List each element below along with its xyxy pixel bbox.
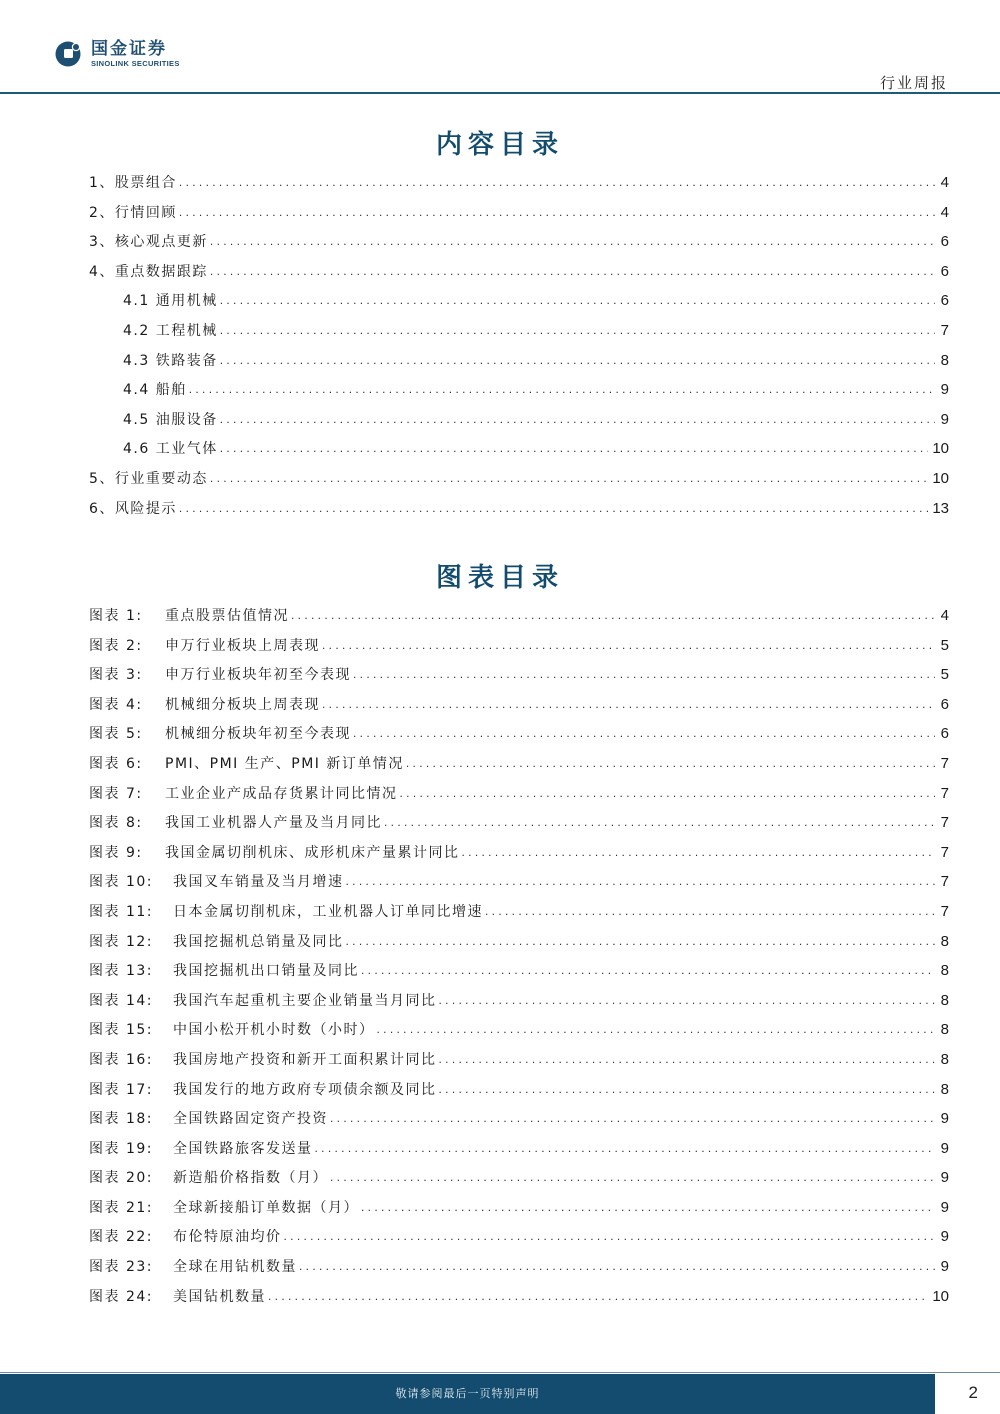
figure-number: 图表 5: bbox=[89, 723, 165, 743]
dot-leader bbox=[220, 441, 929, 455]
toc-page-number: 6 bbox=[939, 233, 949, 250]
figure-toc-entry[interactable]: 图表 12:我国挖掘机总销量及同比8 bbox=[89, 931, 949, 961]
toc-entry-label: 4.4 船舶 bbox=[123, 379, 187, 399]
dot-leader bbox=[220, 323, 935, 337]
dot-leader bbox=[220, 353, 935, 367]
footer-divider bbox=[0, 1372, 1000, 1373]
dot-leader bbox=[315, 1141, 936, 1155]
figure-toc-entry[interactable]: 图表 18:全国铁路固定资产投资9 bbox=[89, 1108, 949, 1138]
dot-leader bbox=[284, 1229, 936, 1243]
toc-entry-label: 3、核心观点更新 bbox=[89, 231, 208, 251]
figure-caption: 全国铁路固定资产投资 bbox=[173, 1111, 328, 1127]
figure-toc-entry[interactable]: 图表 10:我国叉车销量及当月增速7 bbox=[89, 871, 949, 901]
contents-toc-entry[interactable]: 6、风险提示13 bbox=[89, 498, 949, 528]
toc-entry-label: 6、风险提示 bbox=[89, 498, 177, 518]
figure-toc-entry[interactable]: 图表 16:我国房地产投资和新开工面积累计同比8 bbox=[89, 1049, 949, 1079]
figure-caption: 中国小松开机小时数（小时） bbox=[173, 1022, 375, 1038]
figure-toc-entry[interactable]: 图表 2:申万行业板块上周表现5 bbox=[89, 635, 949, 665]
figure-number: 图表 21: bbox=[89, 1197, 173, 1217]
toc-page-number: 4 bbox=[939, 204, 949, 221]
figure-toc-entry[interactable]: 图表 4:机械细分板块上周表现6 bbox=[89, 694, 949, 724]
sinolink-logo-icon bbox=[55, 40, 83, 68]
figures-list: 图表 1:重点股票估值情况4图表 2:申万行业板块上周表现5图表 3:申万行业板… bbox=[89, 605, 949, 1315]
figure-number: 图表 24: bbox=[89, 1286, 173, 1306]
toc-entry-label: 图表 4:机械细分板块上周表现 bbox=[89, 694, 320, 714]
toc-page-number: 7 bbox=[939, 755, 949, 772]
dot-leader bbox=[210, 471, 928, 485]
figure-toc-entry[interactable]: 图表 9:我国金属切削机床、成形机床产量累计同比7 bbox=[89, 842, 949, 872]
figure-caption: 新造船价格指数（月） bbox=[173, 1170, 328, 1186]
dot-leader bbox=[179, 205, 935, 219]
toc-entry-label: 4.1 通用机械 bbox=[123, 290, 218, 310]
footer-bar: 敬请参阅最后一页特别声明 bbox=[0, 1374, 935, 1414]
toc-entry-label: 图表 24:美国钻机数量 bbox=[89, 1286, 266, 1306]
figure-number: 图表 7: bbox=[89, 783, 165, 803]
contents-title: 内容目录 bbox=[0, 124, 1000, 161]
contents-toc-entry[interactable]: 4、重点数据跟踪6 bbox=[89, 261, 949, 291]
figure-number: 图表 17: bbox=[89, 1079, 173, 1099]
figure-number: 图表 3: bbox=[89, 664, 165, 684]
figure-number: 图表 20: bbox=[89, 1167, 173, 1187]
figure-number: 图表 14: bbox=[89, 990, 173, 1010]
toc-page-number: 8 bbox=[939, 1021, 949, 1038]
dot-leader bbox=[439, 1052, 936, 1066]
toc-entry-label: 2、行情回顾 bbox=[89, 202, 177, 222]
figure-number: 图表 23: bbox=[89, 1256, 173, 1276]
toc-entry-label: 图表 11:日本金属切削机床，工业机器人订单同比增速 bbox=[89, 901, 483, 921]
figure-caption: 全球新接船订单数据（月） bbox=[173, 1200, 359, 1216]
dot-leader bbox=[330, 1170, 935, 1184]
figure-caption: 我国发行的地方政府专项债余额及同比 bbox=[173, 1082, 437, 1098]
dot-leader bbox=[377, 1022, 936, 1036]
dot-leader bbox=[299, 1259, 935, 1273]
toc-page-number: 4 bbox=[939, 607, 949, 624]
contents-toc-entry[interactable]: 5、行业重要动态10 bbox=[89, 468, 949, 498]
toc-page-number: 7 bbox=[939, 903, 949, 920]
dot-leader bbox=[179, 501, 928, 515]
figure-number: 图表 11: bbox=[89, 901, 173, 921]
toc-page-number: 8 bbox=[939, 933, 949, 950]
figure-toc-entry[interactable]: 图表 21:全球新接船订单数据（月）9 bbox=[89, 1197, 949, 1227]
dot-leader bbox=[291, 608, 935, 622]
figure-toc-entry[interactable]: 图表 1:重点股票估值情况4 bbox=[89, 605, 949, 635]
figure-toc-entry[interactable]: 图表 5:机械细分板块年初至今表现6 bbox=[89, 723, 949, 753]
figure-toc-entry[interactable]: 图表 20:新造船价格指数（月）9 bbox=[89, 1167, 949, 1197]
figure-number: 图表 18: bbox=[89, 1108, 173, 1128]
figure-toc-entry[interactable]: 图表 22:布伦特原油均价9 bbox=[89, 1226, 949, 1256]
dot-leader bbox=[439, 1082, 936, 1096]
dot-leader bbox=[400, 786, 936, 800]
toc-page-number: 6 bbox=[939, 292, 949, 309]
dot-leader bbox=[353, 667, 935, 681]
figure-caption: 申万行业板块年初至今表现 bbox=[165, 667, 351, 683]
toc-entry-label: 图表 2:申万行业板块上周表现 bbox=[89, 635, 320, 655]
company-logo: 国金证券 SINOLINK SECURITIES bbox=[55, 40, 180, 68]
dot-leader bbox=[210, 234, 935, 248]
dot-leader bbox=[322, 697, 935, 711]
toc-page-number: 6 bbox=[939, 263, 949, 280]
figure-number: 图表 13: bbox=[89, 960, 173, 980]
dot-leader bbox=[220, 293, 935, 307]
toc-entry-label: 图表 13:我国挖掘机出口销量及同比 bbox=[89, 960, 359, 980]
contents-toc-entry[interactable]: 3、核心观点更新6 bbox=[89, 231, 949, 261]
toc-page-number: 7 bbox=[939, 785, 949, 802]
dot-leader bbox=[189, 382, 935, 396]
figure-caption: 布伦特原油均价 bbox=[173, 1229, 282, 1245]
figure-toc-entry[interactable]: 图表 17:我国发行的地方政府专项债余额及同比8 bbox=[89, 1079, 949, 1109]
toc-page-number: 7 bbox=[939, 844, 949, 861]
dot-leader bbox=[322, 638, 935, 652]
toc-entry-label: 图表 3:申万行业板块年初至今表现 bbox=[89, 664, 351, 684]
figure-toc-entry[interactable]: 图表 7:工业企业产成品存货累计同比情况7 bbox=[89, 783, 949, 813]
toc-page-number: 9 bbox=[939, 1199, 949, 1216]
figure-toc-entry[interactable]: 图表 15:中国小松开机小时数（小时）8 bbox=[89, 1019, 949, 1049]
toc-entry-label: 图表 10:我国叉车销量及当月增速 bbox=[89, 871, 344, 891]
dot-leader bbox=[361, 963, 935, 977]
dot-leader bbox=[330, 1111, 935, 1125]
contents-toc-entry[interactable]: 1、股票组合4 bbox=[89, 172, 949, 202]
toc-entry-label: 图表 15:中国小松开机小时数（小时） bbox=[89, 1019, 375, 1039]
toc-page-number: 8 bbox=[939, 352, 949, 369]
figure-caption: 日本金属切削机床，工业机器人订单同比增速 bbox=[173, 904, 483, 920]
logo-chinese-name: 国金证券 bbox=[91, 40, 180, 58]
figure-toc-entry[interactable]: 图表 3:申万行业板块年初至今表现5 bbox=[89, 664, 949, 694]
figure-caption: 我国挖掘机出口销量及同比 bbox=[173, 963, 359, 979]
toc-page-number: 9 bbox=[939, 411, 949, 428]
toc-entry-label: 图表 5:机械细分板块年初至今表现 bbox=[89, 723, 351, 743]
toc-page-number: 8 bbox=[939, 962, 949, 979]
toc-entry-label: 4.2 工程机械 bbox=[123, 320, 218, 340]
dot-leader bbox=[346, 934, 936, 948]
disclaimer-note: 敬请参阅最后一页特别声明 bbox=[0, 1385, 935, 1401]
figure-caption: 全球在用钻机数量 bbox=[173, 1259, 297, 1275]
figure-caption: PMI、PMI 生产、PMI 新订单情况 bbox=[165, 756, 404, 772]
figure-number: 图表 10: bbox=[89, 871, 173, 891]
contents-toc-entry[interactable]: 4.2 工程机械7 bbox=[89, 320, 949, 350]
dot-leader bbox=[179, 175, 935, 189]
figure-number: 图表 8: bbox=[89, 812, 165, 832]
figure-caption: 机械细分板块年初至今表现 bbox=[165, 726, 351, 742]
toc-entry-label: 图表 23:全球在用钻机数量 bbox=[89, 1256, 297, 1276]
toc-page-number: 7 bbox=[939, 814, 949, 831]
figure-number: 图表 6: bbox=[89, 753, 165, 773]
figure-toc-entry[interactable]: 图表 8:我国工业机器人产量及当月同比7 bbox=[89, 812, 949, 842]
toc-page-number: 10 bbox=[932, 1288, 949, 1305]
toc-entry-label: 图表 9:我国金属切削机床、成形机床产量累计同比 bbox=[89, 842, 460, 862]
toc-entry-label: 图表 21:全球新接船订单数据（月） bbox=[89, 1197, 359, 1217]
toc-entry-label: 图表 8:我国工业机器人产量及当月同比 bbox=[89, 812, 382, 832]
figure-number: 图表 15: bbox=[89, 1019, 173, 1039]
toc-entry-label: 图表 14:我国汽车起重机主要企业销量当月同比 bbox=[89, 990, 437, 1010]
figure-number: 图表 4: bbox=[89, 694, 165, 714]
figure-caption: 我国工业机器人产量及当月同比 bbox=[165, 815, 382, 831]
toc-entry-label: 图表 20:新造船价格指数（月） bbox=[89, 1167, 328, 1187]
toc-entry-label: 图表 12:我国挖掘机总销量及同比 bbox=[89, 931, 344, 951]
contents-toc-entry[interactable]: 2、行情回顾4 bbox=[89, 202, 949, 232]
figure-toc-entry[interactable]: 图表 19:全国铁路旅客发送量9 bbox=[89, 1138, 949, 1168]
figure-caption: 工业企业产成品存货累计同比情况 bbox=[165, 786, 398, 802]
figure-toc-entry[interactable]: 图表 11:日本金属切削机床，工业机器人订单同比增速7 bbox=[89, 901, 949, 931]
dot-leader bbox=[268, 1289, 928, 1303]
dot-leader bbox=[210, 264, 935, 278]
dot-leader bbox=[384, 815, 935, 829]
figure-caption: 我国挖掘机总销量及同比 bbox=[173, 934, 344, 950]
toc-page-number: 7 bbox=[939, 322, 949, 339]
toc-page-number: 10 bbox=[932, 440, 949, 457]
toc-entry-label: 4.3 铁路装备 bbox=[123, 350, 218, 370]
report-type-label: 行业周报 bbox=[880, 72, 948, 93]
figures-title: 图表目录 bbox=[0, 557, 1000, 594]
toc-entry-label: 图表 17:我国发行的地方政府专项债余额及同比 bbox=[89, 1079, 437, 1099]
toc-page-number: 4 bbox=[939, 174, 949, 191]
contents-toc-entry[interactable]: 4.4 船舶9 bbox=[89, 379, 949, 409]
toc-entry-label: 图表 6:PMI、PMI 生产、PMI 新订单情况 bbox=[89, 753, 404, 773]
toc-entry-label: 4.6 工业气体 bbox=[123, 438, 218, 458]
dot-leader bbox=[346, 874, 936, 888]
toc-page-number: 7 bbox=[939, 873, 949, 890]
toc-entry-label: 1、股票组合 bbox=[89, 172, 177, 192]
figure-caption: 机械细分板块上周表现 bbox=[165, 697, 320, 713]
toc-page-number: 9 bbox=[939, 1258, 949, 1275]
toc-page-number: 10 bbox=[932, 470, 949, 487]
dot-leader bbox=[353, 726, 935, 740]
contents-list: 1、股票组合42、行情回顾43、核心观点更新64、重点数据跟踪64.1 通用机械… bbox=[89, 172, 949, 527]
figure-number: 图表 12: bbox=[89, 931, 173, 951]
figure-number: 图表 22: bbox=[89, 1226, 173, 1246]
dot-leader bbox=[485, 904, 935, 918]
toc-entry-label: 图表 18:全国铁路固定资产投资 bbox=[89, 1108, 328, 1128]
toc-entry-label: 4.5 油服设备 bbox=[123, 409, 218, 429]
dot-leader bbox=[439, 993, 936, 1007]
toc-page-number: 13 bbox=[932, 500, 949, 517]
toc-page-number: 5 bbox=[939, 637, 949, 654]
page-header: 国金证券 SINOLINK SECURITIES 行业周报 bbox=[0, 0, 1000, 95]
toc-entry-label: 图表 16:我国房地产投资和新开工面积累计同比 bbox=[89, 1049, 437, 1069]
toc-entry-label: 图表 1:重点股票估值情况 bbox=[89, 605, 289, 625]
figure-number: 图表 16: bbox=[89, 1049, 173, 1069]
contents-toc-entry[interactable]: 4.1 通用机械6 bbox=[89, 290, 949, 320]
figure-toc-entry[interactable]: 图表 23:全球在用钻机数量9 bbox=[89, 1256, 949, 1286]
figure-caption: 申万行业板块上周表现 bbox=[165, 638, 320, 654]
toc-page-number: 9 bbox=[939, 381, 949, 398]
figure-toc-entry[interactable]: 图表 13:我国挖掘机出口销量及同比8 bbox=[89, 960, 949, 990]
logo-english-name: SINOLINK SECURITIES bbox=[91, 59, 180, 68]
figure-caption: 美国钻机数量 bbox=[173, 1289, 266, 1305]
figure-number: 图表 19: bbox=[89, 1138, 173, 1158]
toc-page-number: 6 bbox=[939, 725, 949, 742]
figure-caption: 我国金属切削机床、成形机床产量累计同比 bbox=[165, 845, 460, 861]
contents-toc-entry[interactable]: 4.6 工业气体10 bbox=[89, 438, 949, 468]
header-divider bbox=[0, 92, 1000, 94]
figure-caption: 我国汽车起重机主要企业销量当月同比 bbox=[173, 993, 437, 1009]
dot-leader bbox=[361, 1200, 935, 1214]
toc-entry-label: 4、重点数据跟踪 bbox=[89, 261, 208, 281]
toc-page-number: 5 bbox=[939, 666, 949, 683]
figure-toc-entry[interactable]: 图表 24:美国钻机数量10 bbox=[89, 1286, 949, 1316]
contents-toc-entry[interactable]: 4.5 油服设备9 bbox=[89, 409, 949, 439]
toc-page-number: 8 bbox=[939, 992, 949, 1009]
dot-leader bbox=[406, 756, 935, 770]
toc-page-number: 6 bbox=[939, 696, 949, 713]
toc-page-number: 9 bbox=[939, 1169, 949, 1186]
dot-leader bbox=[462, 845, 936, 859]
figure-caption: 我国叉车销量及当月增速 bbox=[173, 874, 344, 890]
toc-entry-label: 图表 7:工业企业产成品存货累计同比情况 bbox=[89, 783, 398, 803]
toc-page-number: 9 bbox=[939, 1140, 949, 1157]
figure-number: 图表 2: bbox=[89, 635, 165, 655]
toc-entry-label: 5、行业重要动态 bbox=[89, 468, 208, 488]
page-number: 2 bbox=[969, 1383, 978, 1403]
dot-leader bbox=[220, 412, 935, 426]
contents-toc-entry[interactable]: 4.3 铁路装备8 bbox=[89, 350, 949, 380]
figure-number: 图表 9: bbox=[89, 842, 165, 862]
toc-entry-label: 图表 19:全国铁路旅客发送量 bbox=[89, 1138, 313, 1158]
figure-toc-entry[interactable]: 图表 6:PMI、PMI 生产、PMI 新订单情况7 bbox=[89, 753, 949, 783]
figure-number: 图表 1: bbox=[89, 605, 165, 625]
toc-page-number: 8 bbox=[939, 1051, 949, 1068]
toc-page-number: 9 bbox=[939, 1110, 949, 1127]
figure-caption: 全国铁路旅客发送量 bbox=[173, 1141, 313, 1157]
figure-caption: 我国房地产投资和新开工面积累计同比 bbox=[173, 1052, 437, 1068]
toc-entry-label: 图表 22:布伦特原油均价 bbox=[89, 1226, 282, 1246]
figure-caption: 重点股票估值情况 bbox=[165, 608, 289, 624]
toc-page-number: 8 bbox=[939, 1081, 949, 1098]
toc-page-number: 9 bbox=[939, 1228, 949, 1245]
figure-toc-entry[interactable]: 图表 14:我国汽车起重机主要企业销量当月同比8 bbox=[89, 990, 949, 1020]
